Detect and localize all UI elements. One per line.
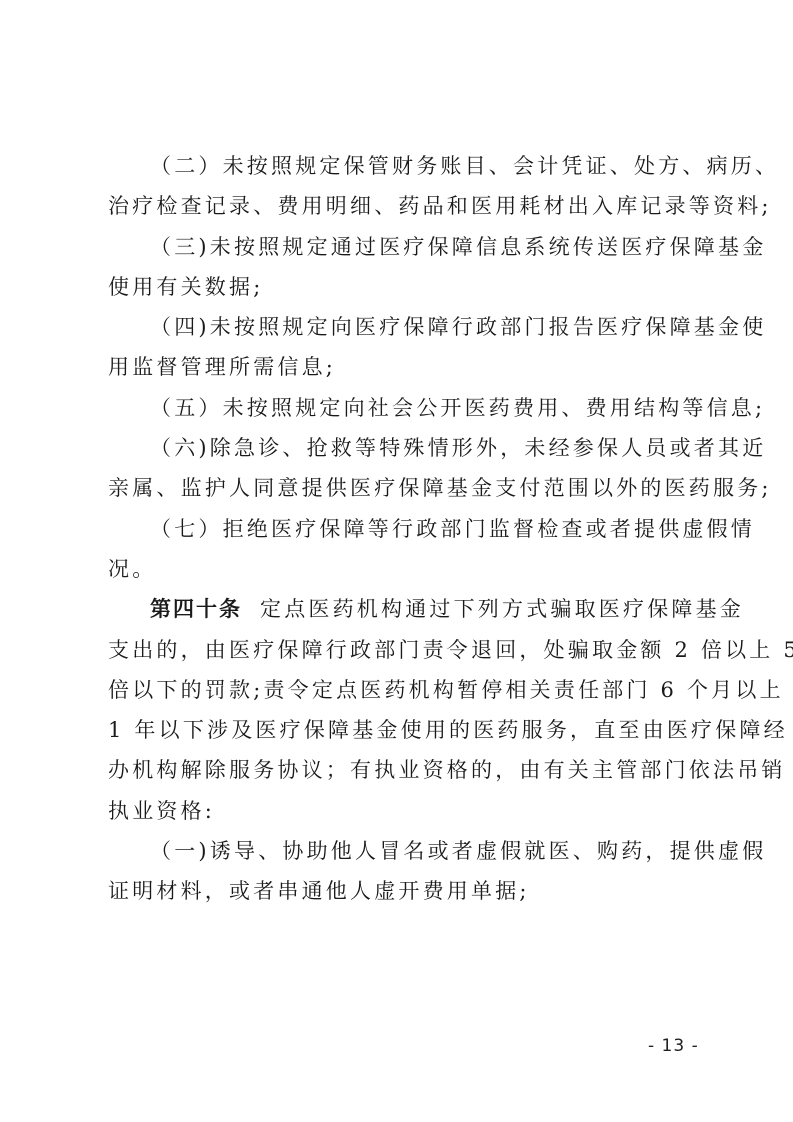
paragraph-line: 治疗检查记录、费用明细、药品和医用耗材出入库记录等资料; xyxy=(108,186,692,226)
article-heading-line: 第四十条定点医药机构通过下列方式骗取医疗保障基金 xyxy=(108,589,692,629)
paragraph-line: 支出的，由医疗保障行政部门责令退回，处骗取金额 2 倍以上 5 xyxy=(108,630,692,670)
paragraph-line: 况。 xyxy=(108,549,692,589)
paragraph-line: 使用有关数据; xyxy=(108,267,692,307)
paragraph-line: 执业资格: xyxy=(108,791,692,831)
paragraph-line: （三)未按照规定通过医疗保障信息系统传送医疗保障基金 xyxy=(108,227,692,267)
document-page-body: （二）未按照规定保管财务账目、会计凭证、处方、病历、 治疗检查记录、费用明细、药… xyxy=(108,146,692,912)
paragraph-text: 定点医药机构通过下列方式骗取医疗保障基金 xyxy=(260,597,744,621)
article-heading: 第四十条 xyxy=(150,597,242,621)
paragraph-line: （六)除急诊、抢救等特殊情形外，未经参保人员或者其近 xyxy=(108,428,692,468)
paragraph-line: 亲属、监护人同意提供医疗保障基金支付范围以外的医药服务; xyxy=(108,468,692,508)
paragraph-line: （一)诱导、协助他人冒名或者虚假就医、购药，提供虚假 xyxy=(108,831,692,871)
paragraph-line: （七）拒绝医疗保障等行政部门监督检查或者提供虚假情 xyxy=(108,509,692,549)
paragraph-line: 证明材料，或者串通他人虚开费用单据; xyxy=(108,871,692,911)
page-number: - 13 - xyxy=(648,1036,699,1056)
paragraph-line: 用监督管理所需信息; xyxy=(108,347,692,387)
paragraph-line: （四)未按照规定向医疗保障行政部门报告医疗保障基金使 xyxy=(108,307,692,347)
paragraph-line: 倍以下的罚款;责令定点医药机构暂停相关责任部门 6 个月以上 xyxy=(108,670,692,710)
paragraph-line: 办机构解除服务协议；有执业资格的，由有关主管部门依法吊销 xyxy=(108,750,692,790)
paragraph-line: 1 年以下涉及医疗保障基金使用的医药服务，直至由医疗保障经 xyxy=(108,710,692,750)
paragraph-line: （二）未按照规定保管财务账目、会计凭证、处方、病历、 xyxy=(108,146,692,186)
paragraph-line: （五）未按照规定向社会公开医药费用、费用结构等信息; xyxy=(108,388,692,428)
